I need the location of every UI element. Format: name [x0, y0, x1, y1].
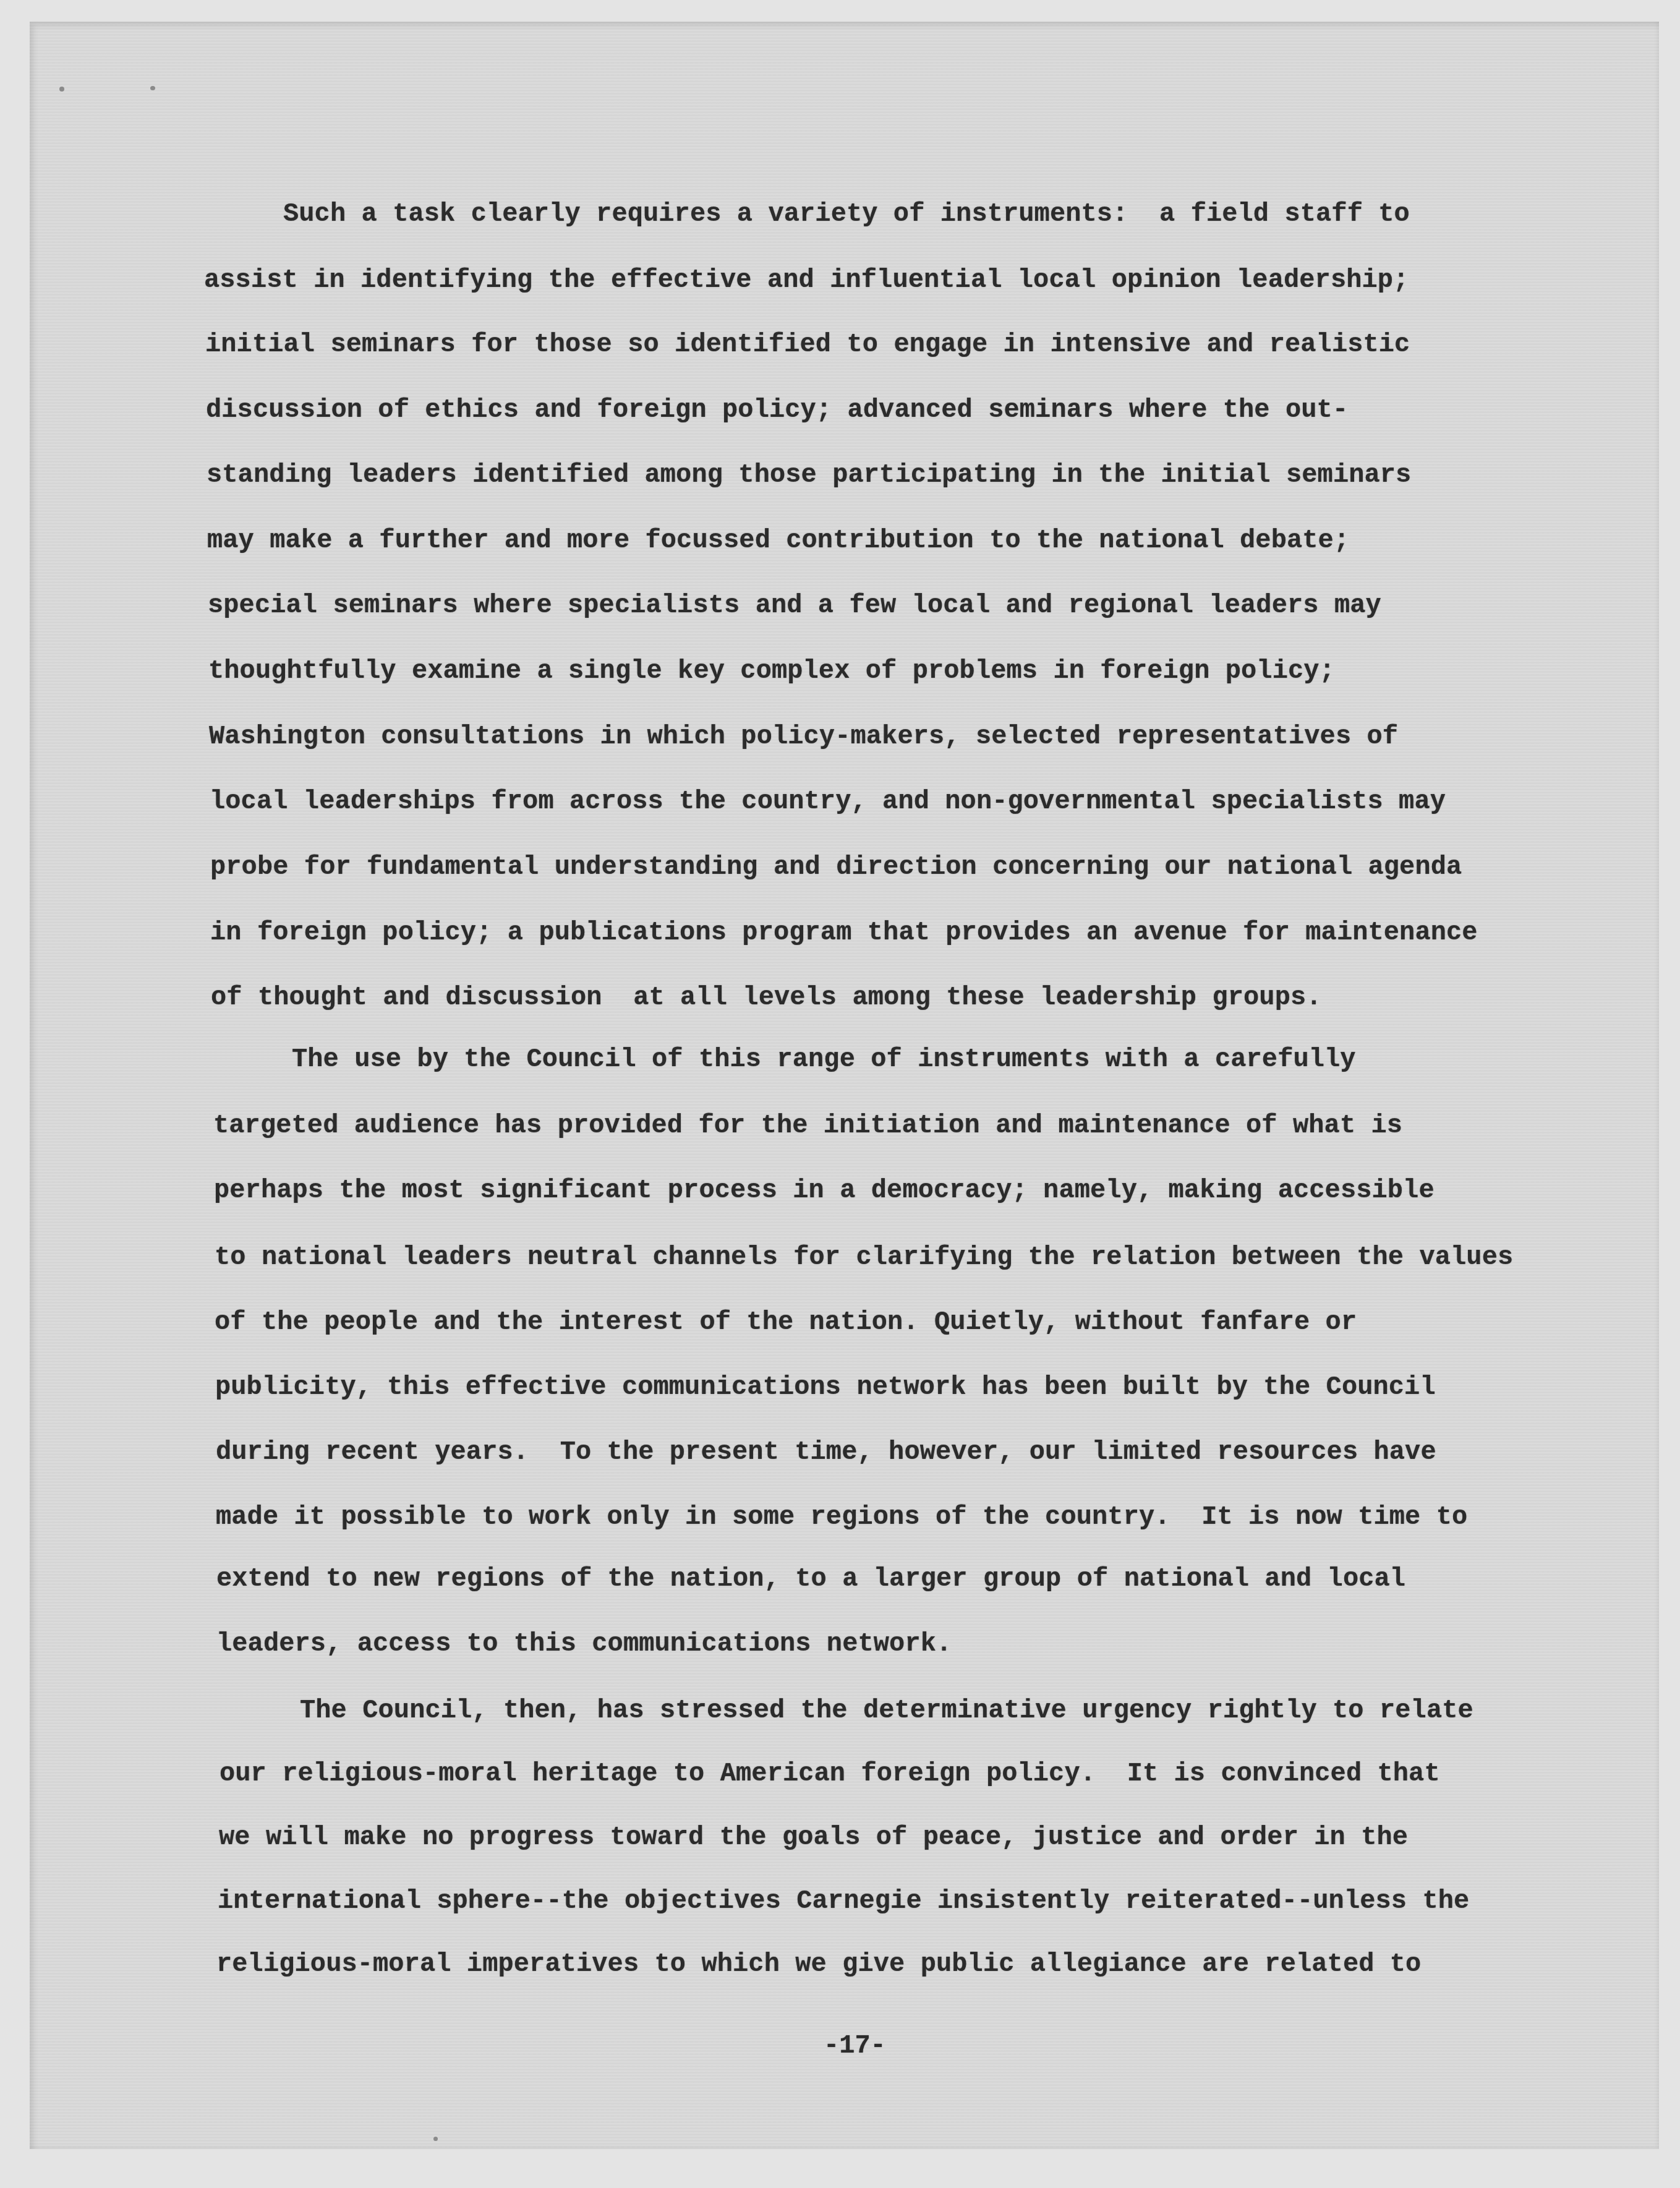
text-line: made it possible to work only in some re… [216, 1504, 1467, 1530]
text-line: may make a further and more focussed con… [207, 528, 1349, 553]
scan-speck [150, 86, 155, 90]
text-line: we will make no progress toward the goal… [219, 1824, 1408, 1850]
text-line: The use by the Council of this range of … [292, 1046, 1356, 1072]
text-line: assist in identifying the effective and … [204, 267, 1409, 293]
scan-speck [59, 87, 64, 92]
text-line: religious-moral imperatives to which we … [216, 1951, 1421, 1977]
text-line: initial seminars for those so identified… [205, 331, 1410, 357]
text-line: international sphere--the objectives Car… [218, 1888, 1469, 1914]
text-line: perhaps the most significant process in … [214, 1177, 1435, 1203]
text-line: to national leaders neutral channels for… [215, 1244, 1513, 1270]
text-line: probe for fundamental understanding and … [210, 854, 1462, 880]
text-line: targeted audience has provided for the i… [213, 1113, 1402, 1139]
text-line: The Council, then, has stressed the dete… [300, 1698, 1473, 1724]
text-line: in foreign policy; a publications progra… [210, 920, 1478, 946]
text-line: Washington consultations in which policy… [209, 724, 1398, 750]
text-line: of thought and discussion at all levels … [211, 985, 1322, 1011]
text-line: discussion of ethics and foreign policy;… [206, 397, 1348, 423]
text-line: standing leaders identified among those … [207, 462, 1411, 488]
text-line: thoughtfully examine a single key comple… [208, 658, 1335, 684]
page-number: -17- [824, 2033, 886, 2059]
text-line: leaders, access to this communications n… [216, 1631, 952, 1657]
text-line: extend to new regions of the nation, to … [216, 1566, 1405, 1592]
text-line: during recent years. To the present time… [216, 1439, 1436, 1465]
text-line: of the people and the interest of the na… [215, 1309, 1357, 1335]
scan-speck [433, 2137, 438, 2141]
text-line: our religious-moral heritage to American… [220, 1761, 1440, 1787]
text-line: Such a task clearly requires a variety o… [283, 201, 1410, 227]
text-line: publicity, this effective communications… [215, 1374, 1436, 1400]
text-line: local leaderships from across the countr… [210, 788, 1446, 814]
text-line: special seminars where specialists and a… [208, 592, 1381, 618]
